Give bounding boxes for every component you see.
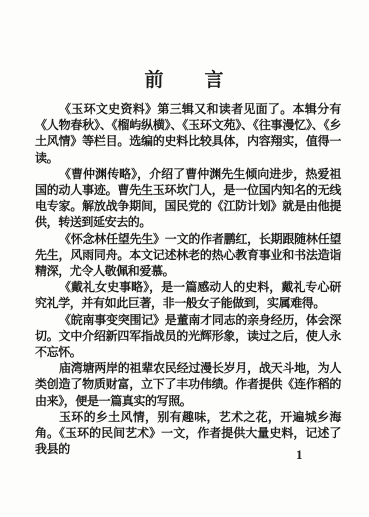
paragraph: 《戴礼女史事略》，是一篇感动人的史料，戴礼专心研究礼学，并有如此巨著，非一般女子…	[35, 279, 341, 311]
paragraph: 《怀念林任望先生》一文的作者鹏红，长期跟随林任望先生，风雨同舟。本文记述林老的热…	[35, 231, 341, 280]
page-number: 1	[296, 447, 303, 463]
document-page: 前 言 《玉环文史资料》第三辑又和读者见面了。本辑分有《人物春秋》、《榴屿纵横》…	[0, 0, 369, 517]
paragraph: 《皖南事变突围记》是董南才同志的亲身经历，体会深切。文中介绍新四军指战员的光辉形…	[35, 312, 341, 361]
paragraph: 《玉环文史资料》第三辑又和读者见面了。本辑分有《人物春秋》、《榴屿纵横》、《玉环…	[35, 101, 341, 166]
paragraph: 《曹仲渊传略》，介绍了曹仲渊先生倾向进步，热爱祖国的动人事迹。曹先生玉环坎门人，…	[35, 166, 341, 231]
page-title: 前 言	[0, 65, 369, 92]
paragraph: 庙湾塘两岸的祖辈农民经过漫长岁月，战天斗地，为人类创造了物质财富，立下了丰功伟绩…	[35, 360, 341, 409]
preface-body: 《玉环文史资料》第三辑又和读者见面了。本辑分有《人物春秋》、《榴屿纵横》、《玉环…	[35, 101, 341, 457]
